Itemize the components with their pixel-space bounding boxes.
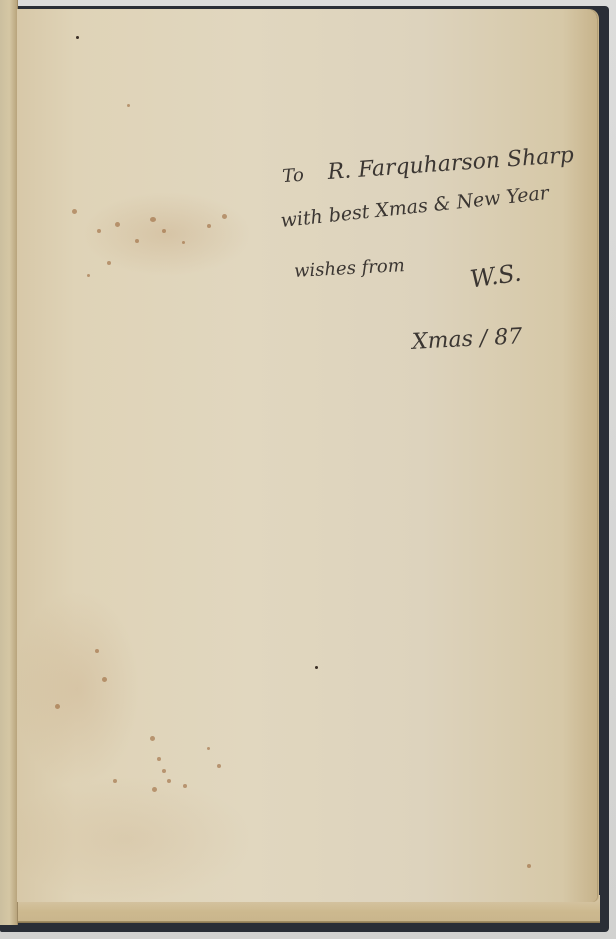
- foxing-spot: [527, 864, 531, 868]
- foxing-spot: [167, 779, 171, 783]
- foxing-spot: [182, 241, 185, 244]
- foxing-spot: [127, 104, 130, 107]
- ink-dot: [76, 36, 79, 39]
- foxing-spot: [72, 209, 77, 214]
- foxing-spot: [87, 274, 90, 277]
- foxing-spot: [162, 229, 166, 233]
- foxing-spot: [135, 239, 139, 243]
- foxing-spot: [55, 704, 60, 709]
- foxing-spot: [222, 214, 227, 219]
- foxing-spot: [113, 779, 117, 783]
- foxing-spot: [150, 217, 156, 222]
- foxing-spot: [97, 229, 101, 233]
- foxing-spot: [207, 747, 210, 750]
- ink-dot: [315, 666, 318, 669]
- endpaper-page: [17, 9, 597, 902]
- book-gutter-edge: [0, 0, 18, 925]
- foxing-spot: [162, 769, 166, 773]
- foxing-spot: [102, 677, 107, 682]
- foxing-spot: [217, 764, 221, 768]
- foxing-spot: [183, 784, 187, 788]
- foxing-spot: [95, 649, 99, 653]
- foxing-spot: [150, 736, 155, 741]
- foxing-spot: [207, 224, 211, 228]
- foxing-spot: [152, 787, 157, 792]
- foxing-spot: [157, 757, 161, 761]
- inscription-to: To: [282, 165, 305, 187]
- foxing-spot: [107, 261, 111, 265]
- foxing-spot: [115, 222, 120, 227]
